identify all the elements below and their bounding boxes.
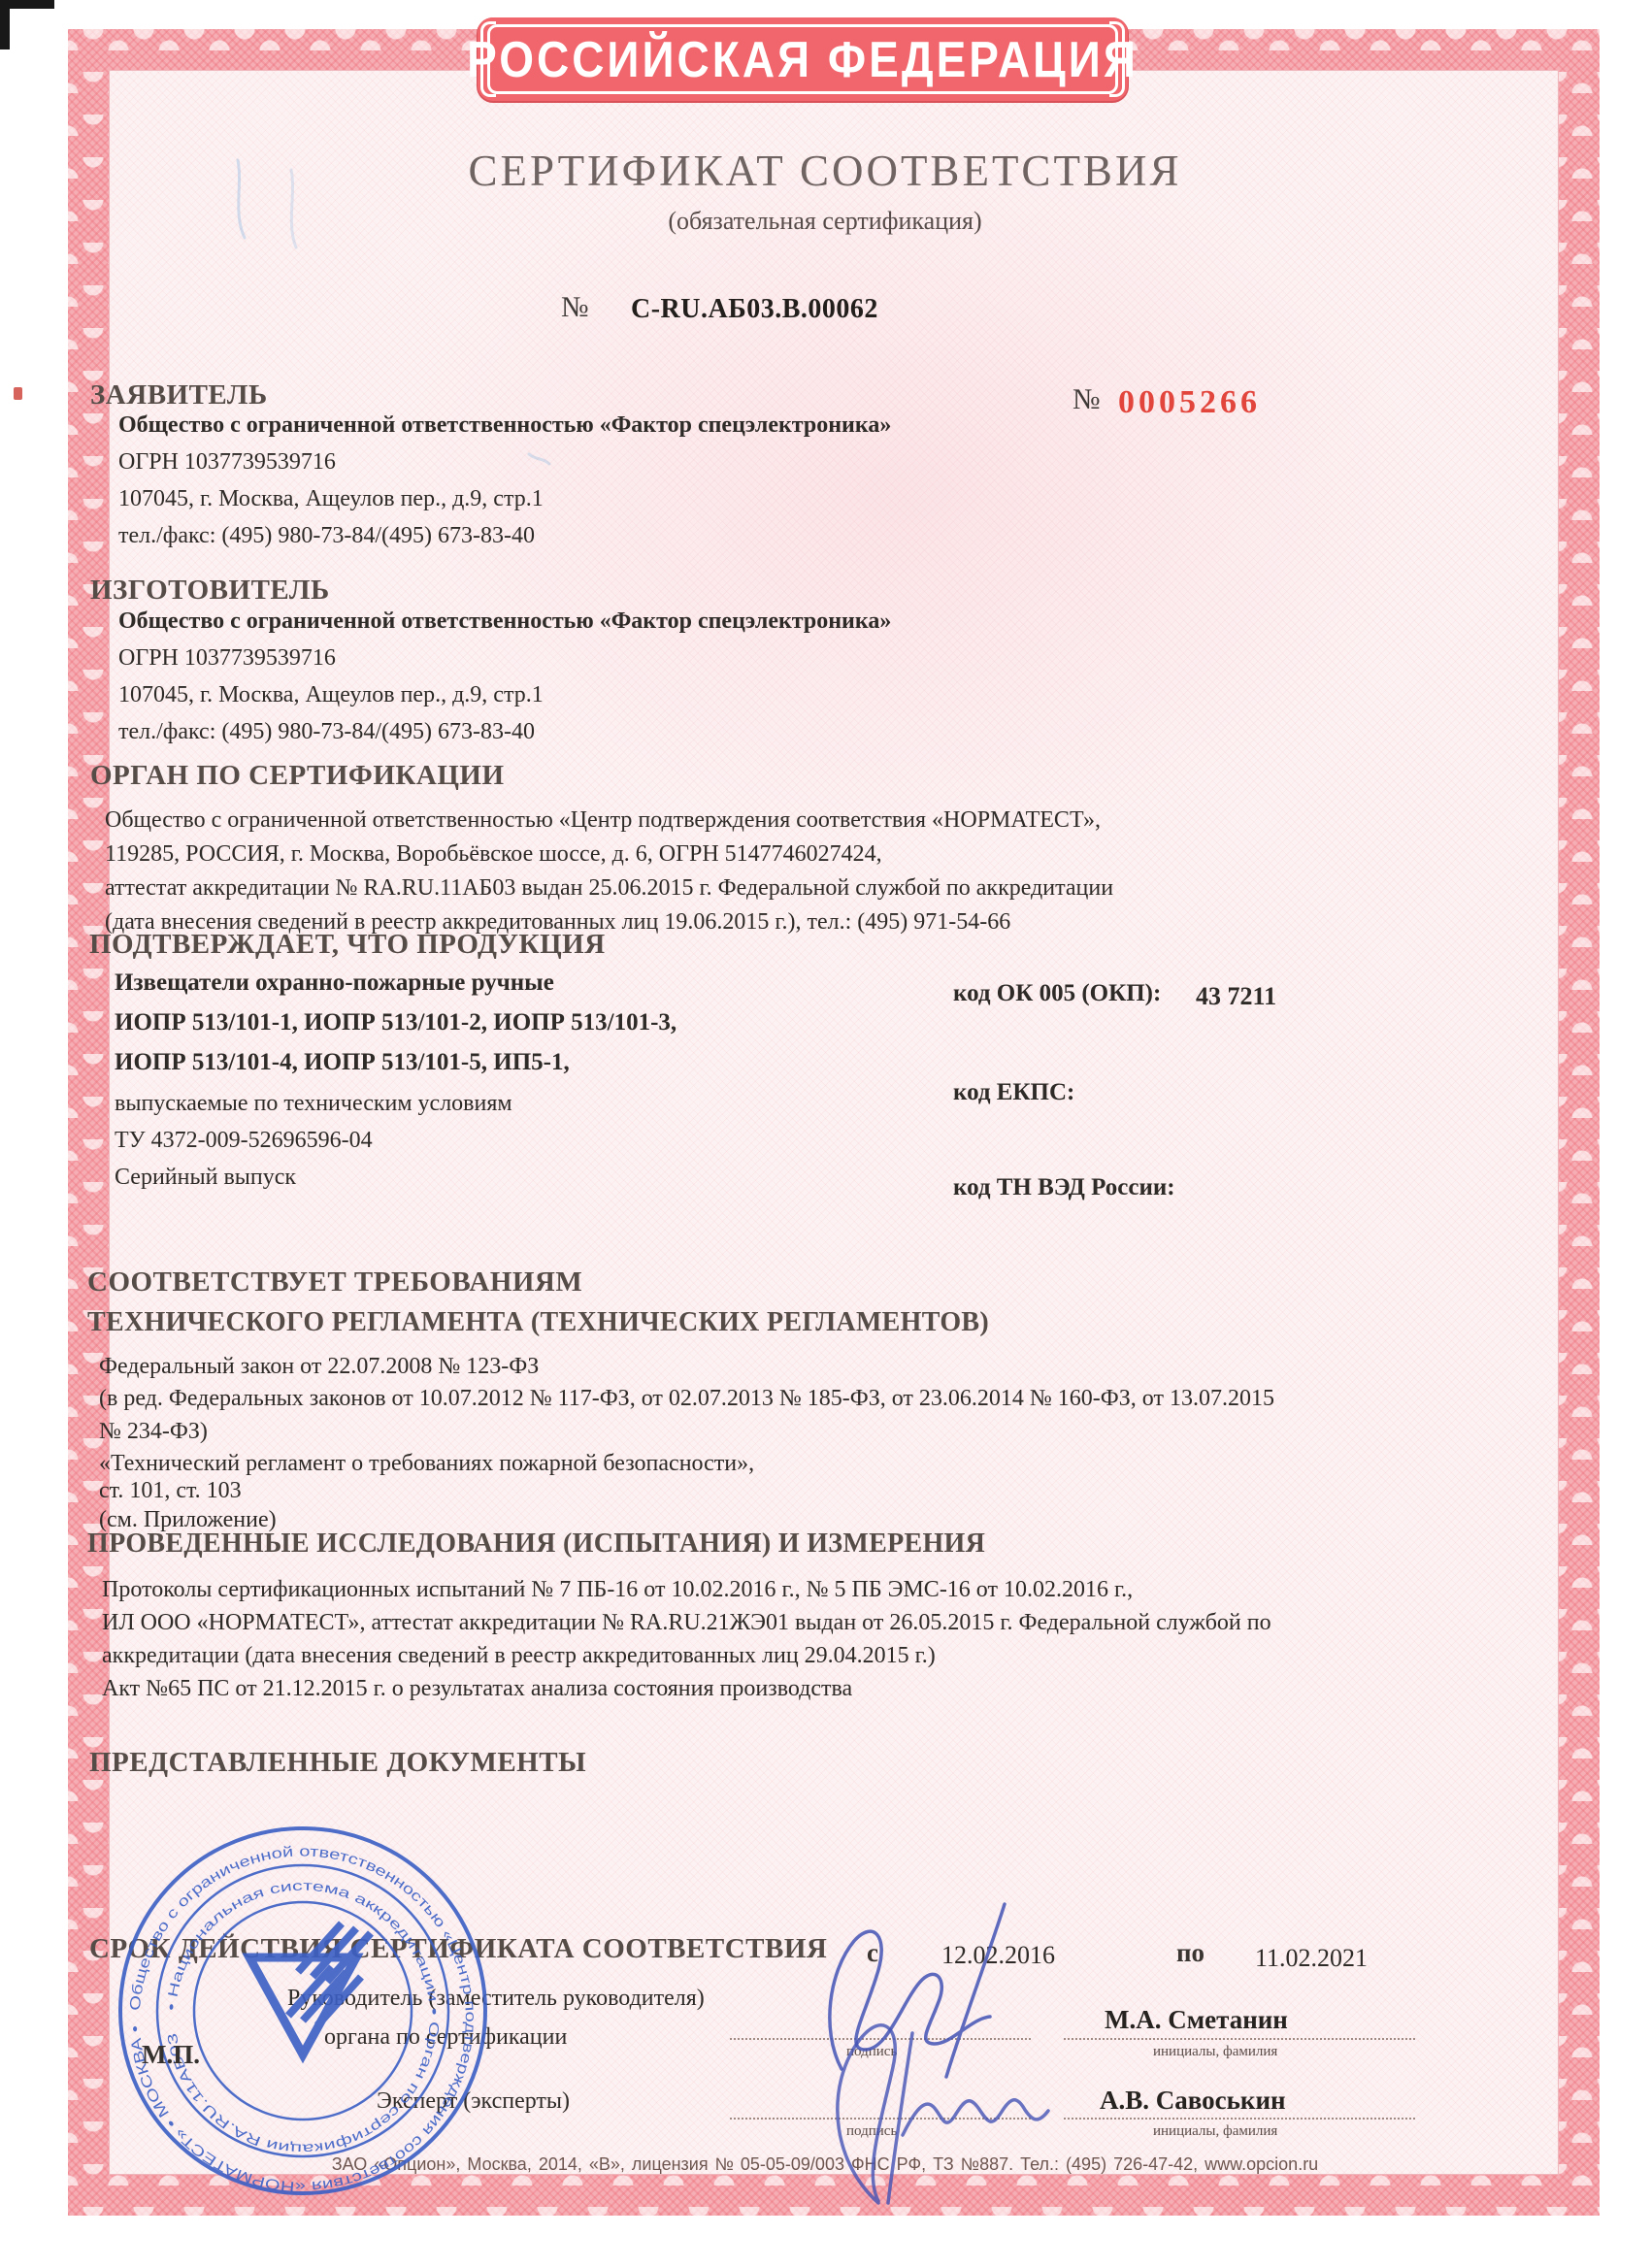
cert-number: C-RU.АБ03.В.00062	[631, 294, 878, 325]
head-initials-caption: инициалы, фамилия	[1153, 2044, 1277, 2060]
validity-from-label: с	[867, 1938, 878, 1968]
blank-number: 0005266	[1118, 384, 1261, 421]
head-name-line	[1064, 2038, 1415, 2040]
validity-to-label: по	[1176, 1938, 1204, 1968]
product-name: Извещатели охранно-пожарные ручные	[115, 970, 554, 997]
expert-signature-line	[730, 2118, 1031, 2120]
validity-from-date: 12.02.2016	[941, 1941, 1055, 1970]
okp-code-value: 43 7211	[1196, 982, 1276, 1011]
tests-act: Акт №65 ПС от 21.12.2015 г. о результата…	[102, 1676, 852, 1702]
expert-name-line	[1064, 2118, 1415, 2120]
banner-title: РОССИЙСКАЯ ФЕДЕРАЦИЯ	[467, 30, 1138, 88]
compliance-articles: ст. 101, ст. 103	[99, 1478, 242, 1504]
cert-body-heading: ОРГАН ПО СЕРТИФИКАЦИИ	[90, 760, 505, 792]
cert-body-address: 119285, РОССИЯ, г. Москва, Воробьёвское …	[105, 841, 882, 868]
expert-initials-caption: инициалы, фамилия	[1153, 2123, 1277, 2140]
manufacturer-name: Общество с ограниченной ответственностью…	[118, 608, 891, 635]
product-serial: Серийный выпуск	[115, 1165, 296, 1191]
tests-registry: аккредитации (дата внесения сведений в р…	[102, 1643, 936, 1669]
head-signature-line	[730, 2038, 1031, 2040]
compliance-regulation: «Технический регламент о требованиях пож…	[99, 1451, 754, 1477]
applicant-phone: тел./факс: (495) 980-73-84/(495) 673-83-…	[118, 523, 535, 549]
applicant-ogrn: ОГРН 1037739539716	[118, 449, 336, 476]
banner-frame: РОССИЙСКАЯ ФЕДЕРАЦИЯ	[487, 24, 1118, 94]
certification-body-stamp: Общество с ограниченной ответственностью…	[109, 1817, 497, 2205]
product-heading: ПОДТВЕРЖДАЕТ, ЧТО ПРОДУКЦИЯ	[89, 929, 606, 961]
cert-body-accreditation: аттестат аккредитации № RA.RU.11АБ03 выд…	[105, 875, 1113, 902]
applicant-name: Общество с ограниченной ответственностью…	[118, 412, 891, 439]
product-models-2: ИОПР 513/101-4, ИОПР 513/101-5, ИП5-1,	[115, 1049, 570, 1076]
head-name: М.А. Сметанин	[1105, 2005, 1288, 2035]
tnved-code-label: код ТН ВЭД России:	[953, 1174, 1175, 1201]
expert-name: А.В. Савоськин	[1100, 2086, 1286, 2116]
document-subtitle: (обязательная сертификация)	[0, 207, 1650, 236]
compliance-heading-2: ТЕХНИЧЕСКОГО РЕГЛАМЕНТА (ТЕХНИЧЕСКИХ РЕГ…	[87, 1307, 989, 1338]
product-models-1: ИОПР 513/101-1, ИОПР 513/101-2, ИОПР 513…	[115, 1009, 676, 1036]
validity-to-date: 11.02.2021	[1255, 1944, 1368, 1973]
head-signature-caption: подпись	[846, 2044, 897, 2060]
okp-code-label: код ОК 005 (ОКП):	[953, 980, 1161, 1007]
cert-number-sign: №	[561, 291, 589, 324]
manufacturer-heading: ИЗГОТОВИТЕЛЬ	[90, 575, 330, 607]
tests-protocols: Протоколы сертификационных испытаний № 7…	[102, 1577, 1133, 1603]
cert-body-name: Общество с ограниченной ответственностью…	[105, 807, 1101, 834]
blank-number-sign: №	[1072, 383, 1101, 416]
document-title: СЕРТИФИКАТ СООТВЕТСТВИЯ	[0, 146, 1650, 196]
country-banner: РОССИЙСКАЯ ФЕДЕРАЦИЯ	[478, 17, 1128, 101]
manufacturer-ogrn: ОГРН 1037739539716	[118, 645, 336, 672]
margin-red-mark	[14, 387, 22, 400]
compliance-law: Федеральный закон от 22.07.2008 № 123-ФЗ	[99, 1354, 539, 1380]
applicant-address: 107045, г. Москва, Ащеулов пер., д.9, ст…	[118, 486, 544, 512]
compliance-heading-1: СООТВЕТСТВУЕТ ТРЕБОВАНИЯМ	[87, 1266, 582, 1298]
expert-signature-caption: подпись	[846, 2123, 897, 2140]
accreditation-emblem-hatching	[288, 1923, 371, 2025]
compliance-amendments-2: № 234-ФЗ)	[99, 1419, 208, 1445]
tests-lab: ИЛ ООО «НОРМАТЕСТ», аттестат аккредитаци…	[102, 1610, 1271, 1636]
product-tu-intro: выпускаемые по техническим условиям	[115, 1091, 512, 1117]
documents-heading: ПРЕДСТАВЛЕННЫЕ ДОКУМЕНТЫ	[89, 1747, 586, 1779]
certificate-page: РОССИЙСКАЯ ФЕДЕРАЦИЯ СЕРТИФИКАТ СООТВЕТС…	[0, 0, 1650, 2268]
manufacturer-phone: тел./факс: (495) 980-73-84/(495) 673-83-…	[118, 719, 535, 745]
compliance-amendments-1: (в ред. Федеральных законов от 10.07.201…	[99, 1386, 1274, 1412]
stamp-place-label: М.П.	[142, 2040, 200, 2070]
product-tu-number: ТУ 4372-009-52696596-04	[115, 1128, 373, 1154]
ekps-code-label: код ЕКПС:	[953, 1079, 1074, 1106]
tests-heading: ПРОВЕДЕННЫЕ ИССЛЕДОВАНИЯ (ИСПЫТАНИЯ) И И…	[87, 1528, 985, 1560]
manufacturer-address: 107045, г. Москва, Ащеулов пер., д.9, ст…	[118, 682, 544, 708]
scan-corner-artifact	[0, 0, 54, 49]
applicant-heading: ЗАЯВИТЕЛЬ	[90, 379, 268, 411]
